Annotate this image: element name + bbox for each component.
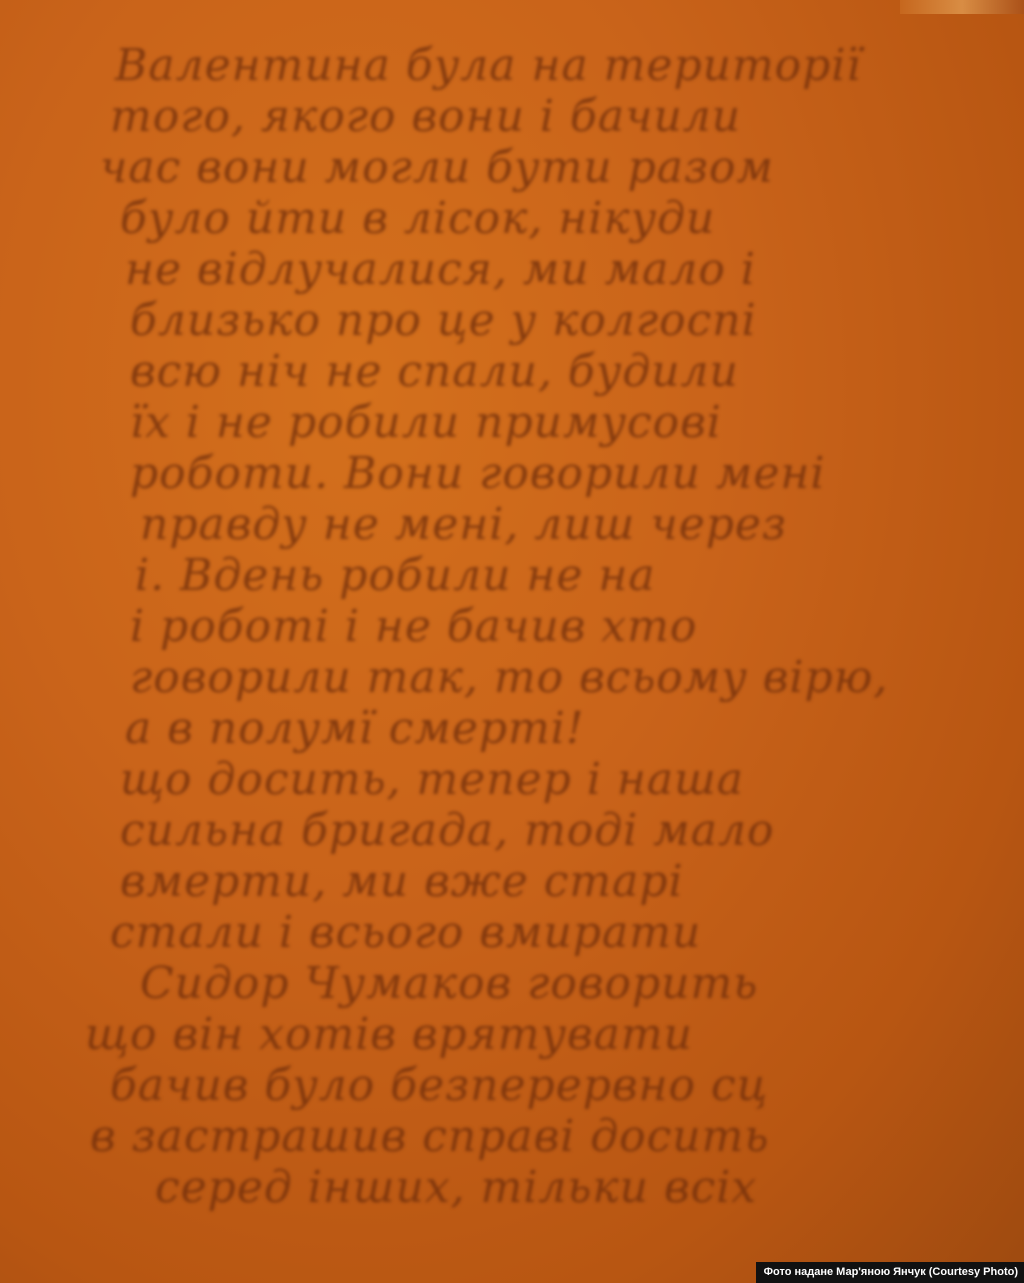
handwriting-line: бачив було безперервно сц xyxy=(70,1060,1000,1111)
handwriting-line: близько про це у колгоспі xyxy=(70,295,1000,346)
photo-credit-caption: Фото надане Мар'яною Янчук (Courtesy Pho… xyxy=(756,1262,1024,1283)
handwriting-line: говорили так, то всьому вірю, xyxy=(70,652,1000,703)
handwriting-line: серед інших, тільки всіх xyxy=(70,1162,1000,1213)
handwriting-line: в застрашив справі досить xyxy=(70,1111,1000,1162)
handwriting-line: а в полумї смерті! xyxy=(70,703,1000,754)
handwriting-line: того, якого вони і бачили xyxy=(70,91,1000,142)
handwriting-line: правду не мені, лиш через xyxy=(70,499,1000,550)
handwriting-line: не відлучалися, ми мало і xyxy=(70,244,1000,295)
light-reflection xyxy=(900,0,1024,14)
handwriting-line: що він хотів врятувати xyxy=(70,1009,1000,1060)
handwritten-text: Валентина була на території того, якого … xyxy=(70,40,1000,1213)
handwriting-line: час вони могли бути разом xyxy=(70,142,1000,193)
handwriting-line: сильна бригада, тоді мало xyxy=(70,805,1000,856)
handwriting-line: що досить, тепер і наша xyxy=(70,754,1000,805)
handwriting-line: стали і всього вмирати xyxy=(70,907,1000,958)
handwriting-line: вмерти, ми вже старі xyxy=(70,856,1000,907)
handwriting-line: Валентина була на території xyxy=(70,40,1000,91)
handwriting-line: і роботі і не бачив хто xyxy=(70,601,1000,652)
handwriting-line: їх і не робили примусові xyxy=(70,397,1000,448)
handwriting-line: Сидор Чумаков говорить xyxy=(70,958,1000,1009)
handwriting-line: було йти в лісок, нікуди xyxy=(70,193,1000,244)
handwriting-line: і. Вдень робили не на xyxy=(70,550,1000,601)
handwriting-line: роботи. Вони говорили мені xyxy=(70,448,1000,499)
handwriting-line: всю ніч не спали, будили xyxy=(70,346,1000,397)
